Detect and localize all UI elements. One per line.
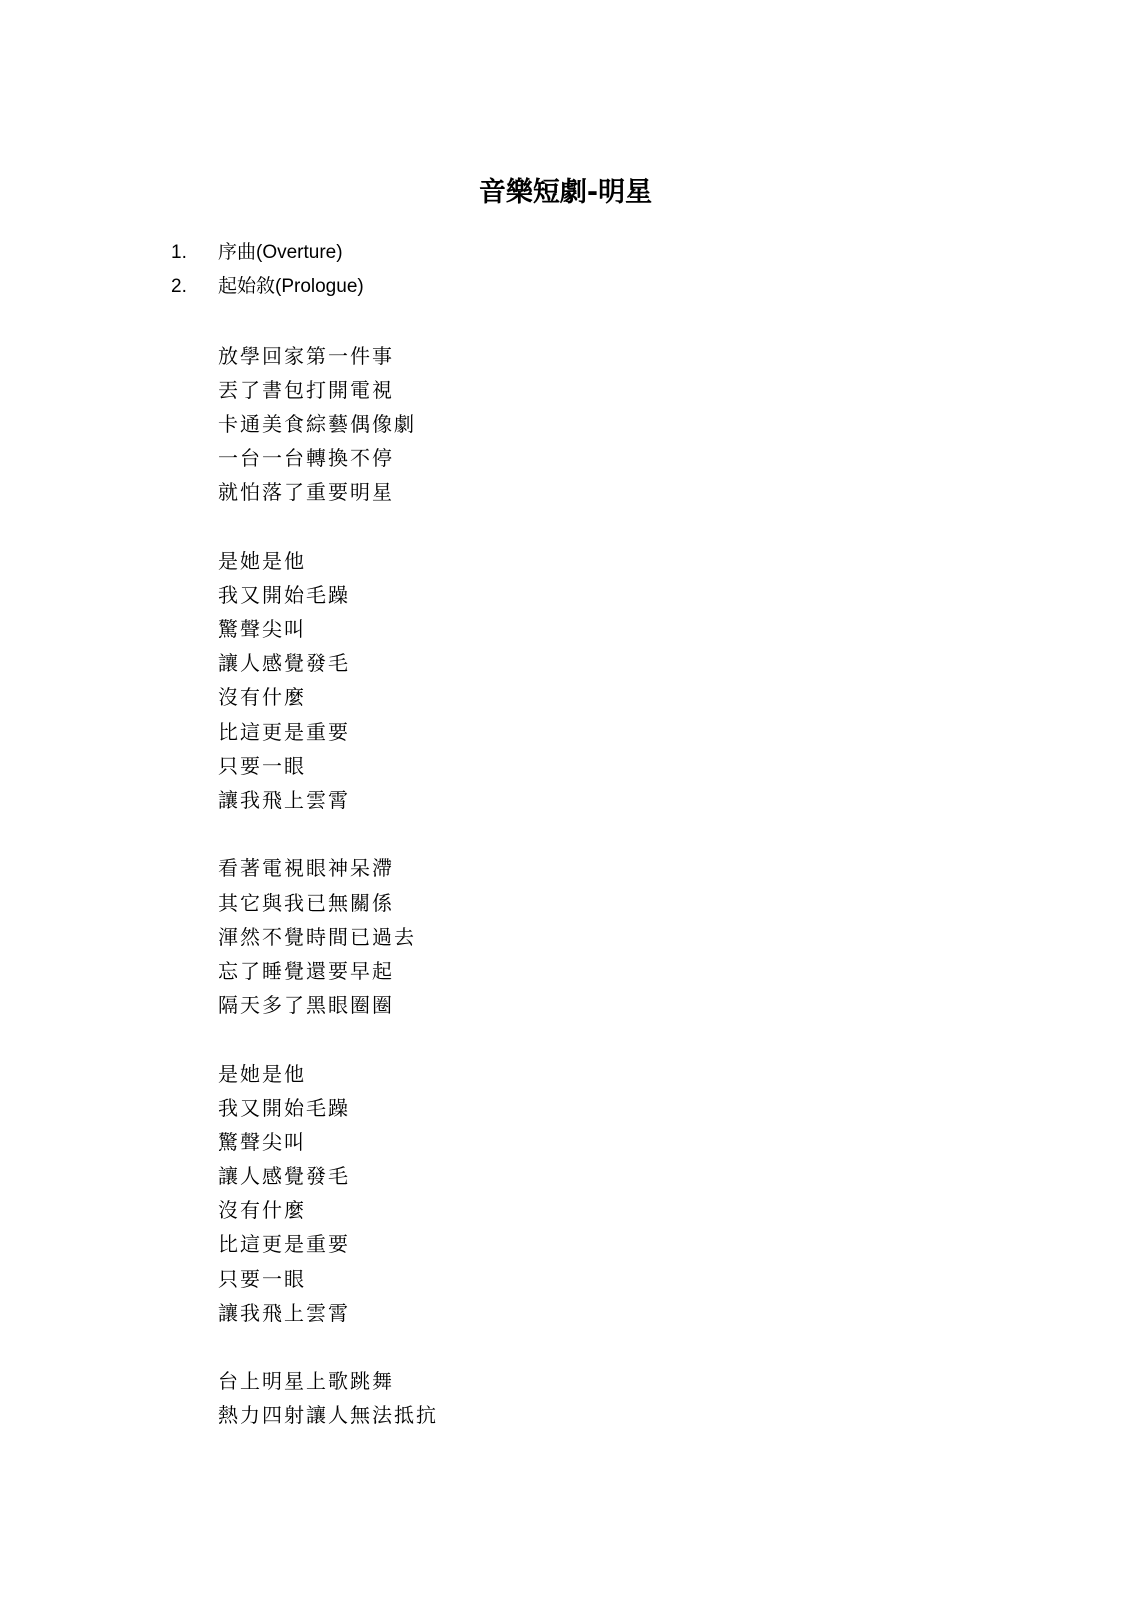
- section-number: 1.: [171, 236, 218, 270]
- lyric-line: 就怕落了重要明星: [218, 475, 971, 509]
- lyric-line: 驚聲尖叫: [218, 1125, 971, 1159]
- lyric-line: 其它與我已無關係: [218, 886, 971, 920]
- lyric-line: 隔天多了黑眼圈圈: [218, 988, 971, 1022]
- lyrics-stanza-4: 是她是他 我又開始毛躁 驚聲尖叫 讓人感覺發毛 沒有什麼 比這更是重要 只要一眼…: [218, 1057, 971, 1331]
- section-label: 起始敘(Prologue): [218, 270, 364, 304]
- lyric-line: 丟了書包打開電視: [218, 373, 971, 407]
- lyric-line: 渾然不覺時間已過去: [218, 920, 971, 954]
- lyric-line: 台上明星上歌跳舞: [218, 1364, 971, 1398]
- lyric-line: 我又開始毛躁: [218, 1091, 971, 1125]
- lyric-line: 放學回家第一件事: [218, 339, 971, 373]
- lyric-line: 我又開始毛躁: [218, 578, 971, 612]
- lyric-line: 讓人感覺發毛: [218, 646, 971, 680]
- lyric-line: 沒有什麼: [218, 680, 971, 714]
- page-title: 音樂短劇-明星: [0, 174, 1131, 212]
- lyric-line: 看著電視眼神呆滯: [218, 851, 971, 885]
- section-number: 2.: [171, 270, 218, 304]
- document-page: 音樂短劇-明星 1. 序曲(Overture) 2. 起始敘(Prologue)…: [0, 0, 1131, 1600]
- lyric-line: 卡通美食綜藝偶像劇: [218, 407, 971, 441]
- lyrics-stanza-2: 是她是他 我又開始毛躁 驚聲尖叫 讓人感覺發毛 沒有什麼 比這更是重要 只要一眼…: [218, 544, 971, 818]
- document-body: 1. 序曲(Overture) 2. 起始敘(Prologue) 放學回家第一件…: [171, 236, 971, 1433]
- lyrics-block: 放學回家第一件事 丟了書包打開電視 卡通美食綜藝偶像劇 一台一台轉換不停 就怕落…: [218, 339, 971, 1433]
- section-item-prologue: 2. 起始敘(Prologue): [171, 270, 971, 304]
- lyrics-stanza-3: 看著電視眼神呆滯 其它與我已無關係 渾然不覺時間已過去 忘了睡覺還要早起 隔天多…: [218, 851, 971, 1022]
- lyric-line: 一台一台轉換不停: [218, 441, 971, 475]
- page-title-text: 音樂短劇-明星: [479, 174, 652, 212]
- section-item-overture: 1. 序曲(Overture): [171, 236, 971, 270]
- lyrics-stanza-5: 台上明星上歌跳舞 熱力四射讓人無法抵抗: [218, 1364, 971, 1432]
- lyric-line: 只要一眼: [218, 749, 971, 783]
- lyric-line: 忘了睡覺還要早起: [218, 954, 971, 988]
- lyric-line: 熱力四射讓人無法抵抗: [218, 1398, 971, 1432]
- lyric-line: 是她是他: [218, 1057, 971, 1091]
- section-label: 序曲(Overture): [218, 236, 343, 270]
- lyric-line: 讓人感覺發毛: [218, 1159, 971, 1193]
- lyric-line: 只要一眼: [218, 1262, 971, 1296]
- section-list: 1. 序曲(Overture) 2. 起始敘(Prologue): [171, 236, 971, 304]
- lyrics-stanza-1: 放學回家第一件事 丟了書包打開電視 卡通美食綜藝偶像劇 一台一台轉換不停 就怕落…: [218, 339, 971, 510]
- lyric-line: 沒有什麼: [218, 1193, 971, 1227]
- lyric-line: 讓我飛上雲霄: [218, 783, 971, 817]
- lyric-line: 比這更是重要: [218, 715, 971, 749]
- lyric-line: 讓我飛上雲霄: [218, 1296, 971, 1330]
- lyric-line: 是她是他: [218, 544, 971, 578]
- lyric-line: 驚聲尖叫: [218, 612, 971, 646]
- lyric-line: 比這更是重要: [218, 1227, 971, 1261]
